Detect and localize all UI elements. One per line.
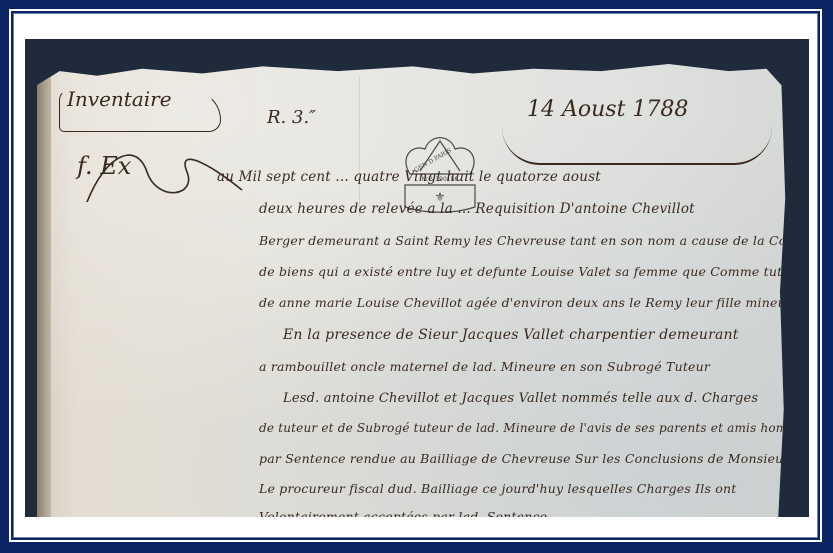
text-line-10: par Sentence rendue au Bailliage de Chev… (259, 451, 790, 466)
page-spine (37, 57, 51, 517)
text-line-12: Volontairement acceptées par lad. Senten… (259, 509, 547, 517)
date-flourish (502, 127, 772, 165)
document-photo: Inventaire R. 3.″ 14 Aoust 1788 f. Ex M.… (25, 39, 809, 517)
text-line-3: Berger demeurant a Saint Remy les Chevre… (259, 233, 809, 248)
text-line-2: deux heures de relevée a la ... Requisit… (259, 201, 695, 217)
text-line-5: de anne marie Louise Chevillot agée d'en… (259, 295, 800, 310)
document-date: 14 Aoust 1788 (527, 97, 688, 122)
text-line-7: a rambouillet oncle maternel de lad. Min… (259, 359, 710, 374)
text-line-8: Lesd. antoine Chevillot et Jacques Valle… (283, 391, 758, 406)
text-line-9: de tuteur et de Subrogé tuteur de lad. M… (259, 421, 809, 435)
document-heading: Inventaire (67, 87, 172, 111)
text-line-1: au Mil sept cent ... quatre Vingt huit l… (217, 169, 601, 185)
text-line-11: Le procureur fiscal dud. Bailliage ce jo… (259, 481, 736, 496)
text-line-4: de biens qui a existé entre luy et defun… (259, 264, 804, 279)
folio-number: R. 3.″ (267, 107, 316, 128)
manuscript-page: Inventaire R. 3.″ 14 Aoust 1788 f. Ex M.… (37, 57, 789, 517)
text-line-6: En la presence de Sieur Jacques Vallet c… (283, 327, 739, 343)
paper-fold (359, 77, 360, 217)
